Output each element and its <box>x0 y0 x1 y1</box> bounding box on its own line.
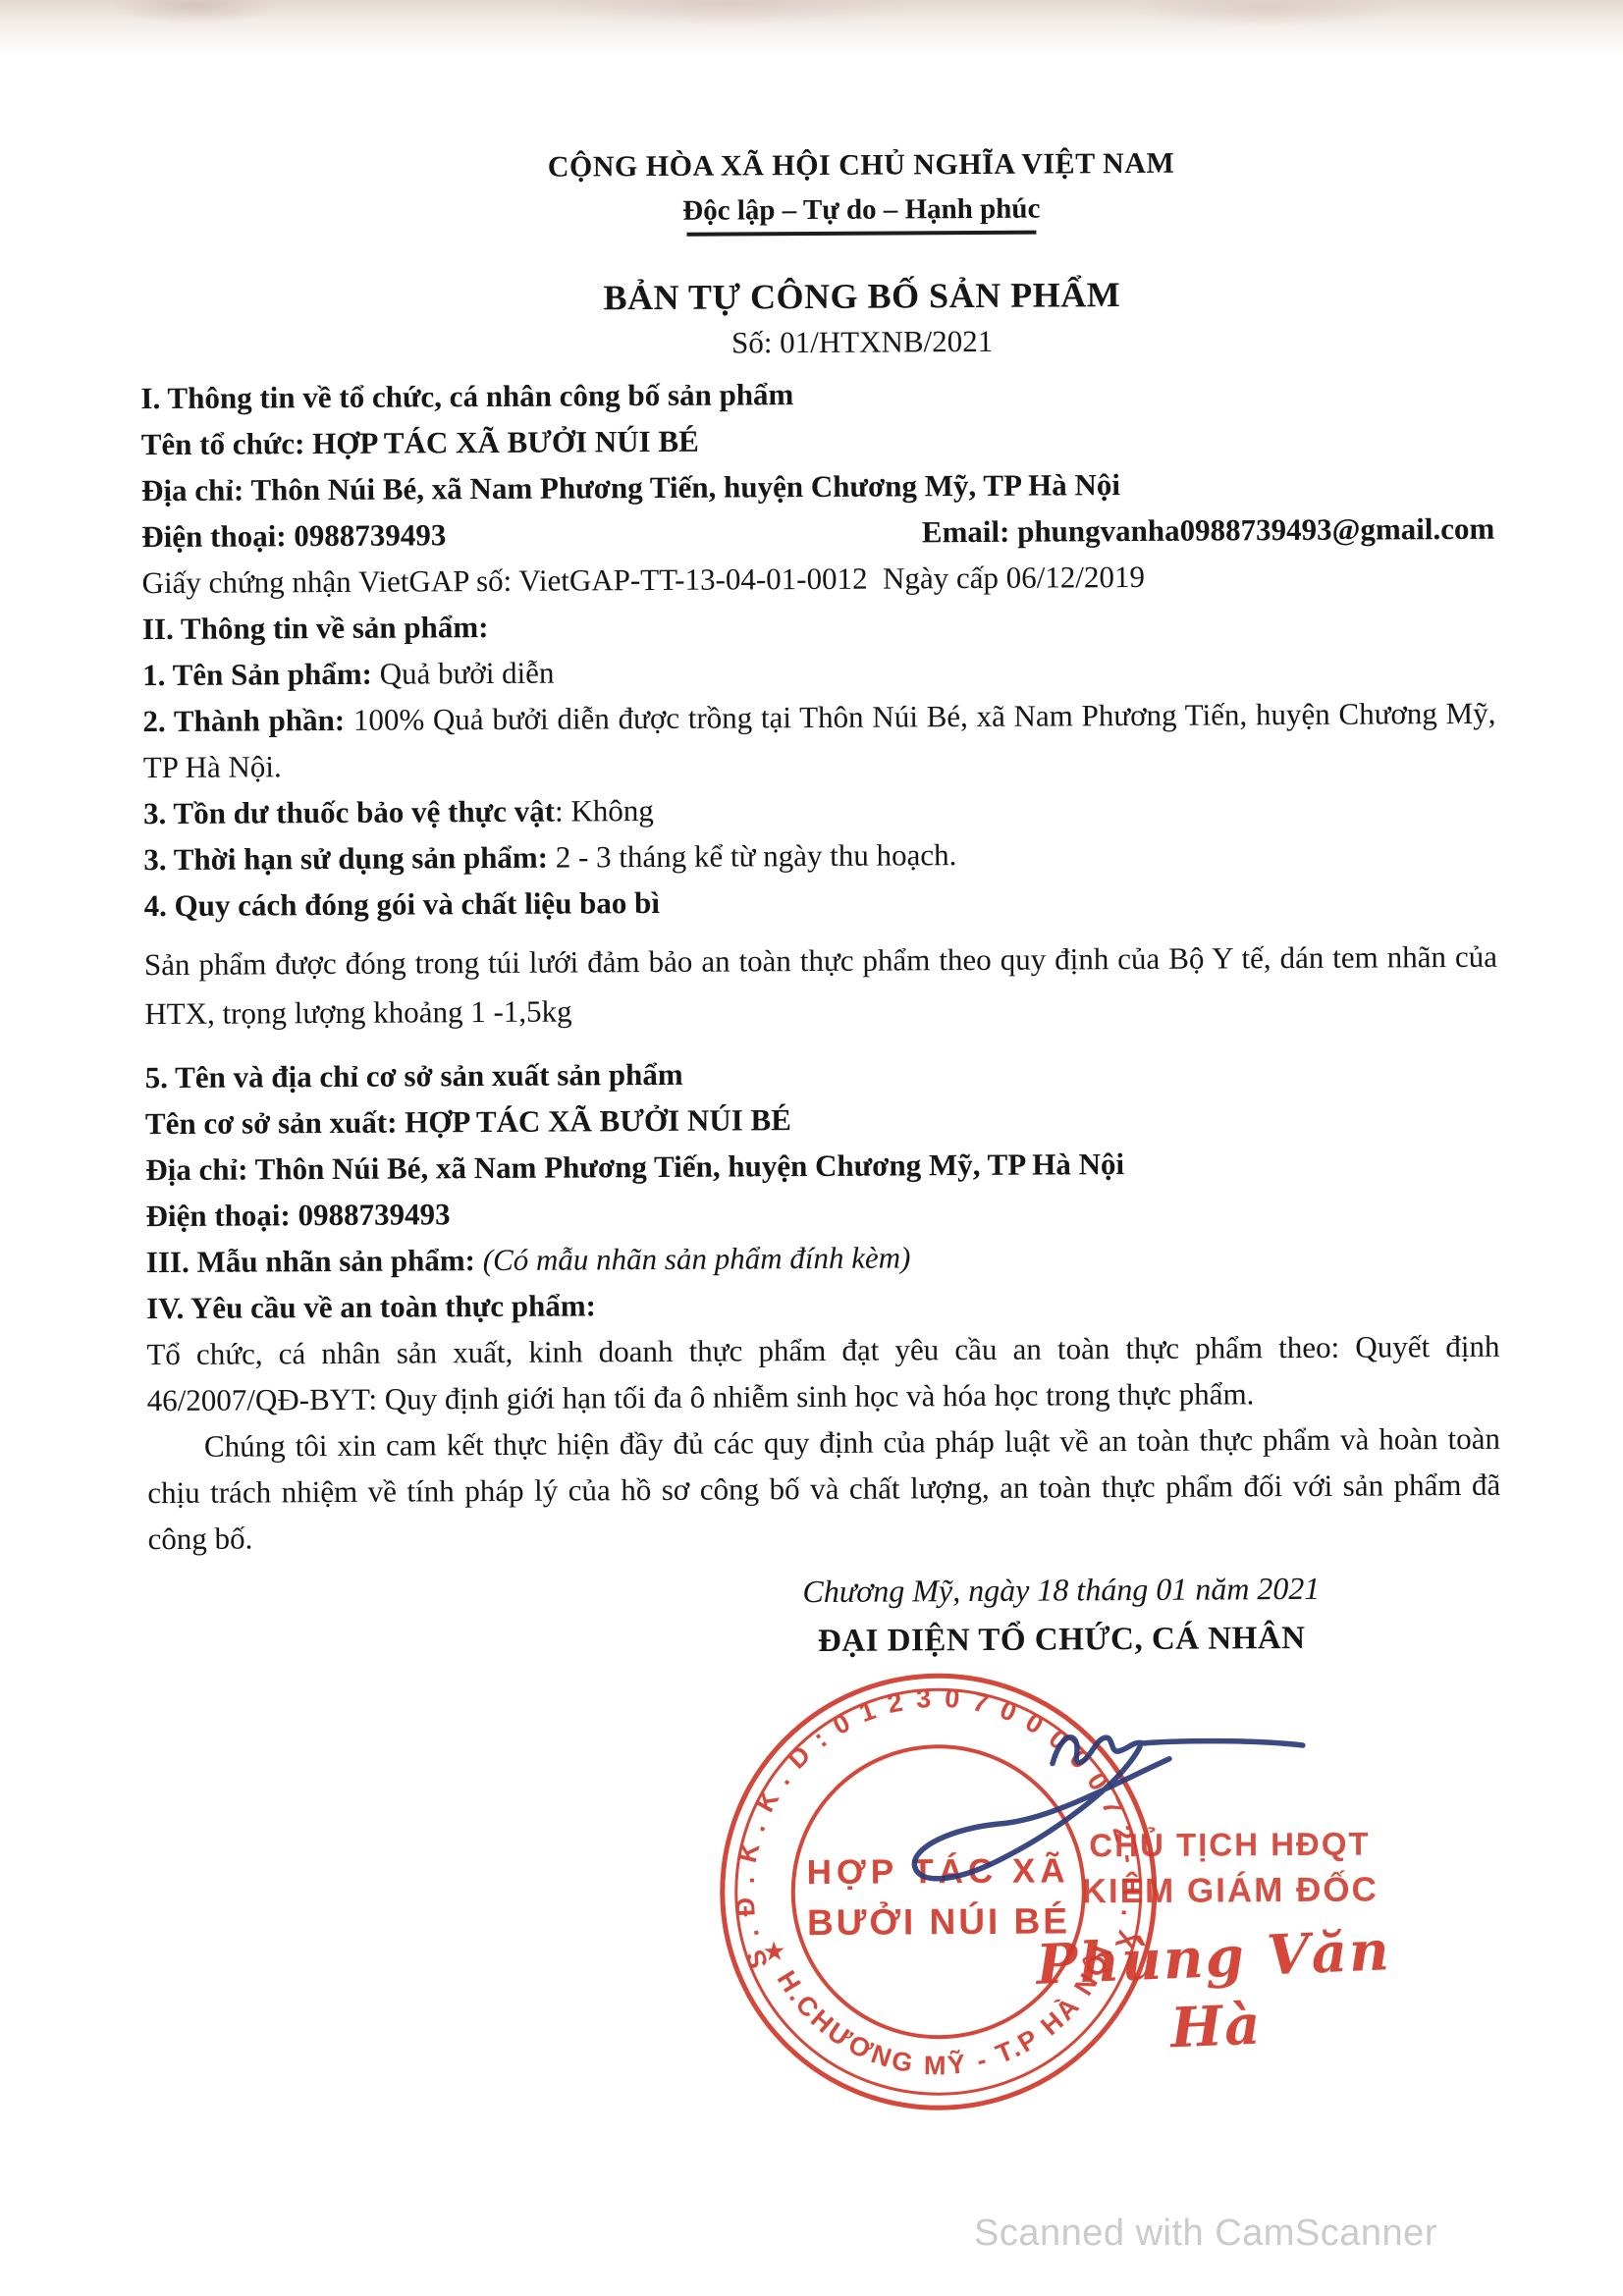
product-name-value: Quả bưởi diễn <box>372 656 555 691</box>
producer-address-line: Địa chỉ: Thôn Núi Bé, xã Nam Phương Tiến… <box>145 1139 1498 1193</box>
section-5-heading: 5. Tên và địa chỉ cơ sở sản xuất sản phẩ… <box>145 1046 1498 1100</box>
safety-body: Tổ chức, cá nhân sản xuất, kinh doanh th… <box>146 1323 1500 1423</box>
label-sample-heading: III. Mẫu nhãn sản phẩm: <box>146 1243 475 1279</box>
signer-title-chairman: CHỦ TỊCH HĐQT <box>1067 1822 1391 1867</box>
org-phone: Điện thoại: 0988739493 <box>141 511 446 560</box>
packaging-heading: 4. Quy cách đóng gói và chất liệu bao bì <box>143 875 1496 929</box>
representative-title: ĐẠI DIỆN TỔ CHỨC, CÁ NHÂN <box>620 1615 1503 1665</box>
product-name-line: 1. Tên Sản phẩm: Quả bưởi diễn <box>142 644 1495 698</box>
scanned-document: CỘNG HÒA XÃ HỘI CHỦ NGHĨA VIỆT NAM Độc l… <box>0 0 1623 2296</box>
document-title: BẢN TỰ CÔNG BỐ SẢN PHẨM <box>186 270 1539 321</box>
document-content: CỘNG HÒA XÃ HỘI CHỦ NGHĨA VIỆT NAM Độc l… <box>139 143 1501 1668</box>
org-email: Email: phungvanha0988739493@gmail.com <box>922 506 1495 556</box>
document-number: Số: 01/HTXNB/2021 <box>186 317 1539 366</box>
signer-title-director: KIÊM GIÁM ĐỐC <box>1068 1865 1392 1916</box>
section-4-heading: IV. Yêu cầu về an toàn thực phẩm: <box>146 1277 1499 1331</box>
label-sample-note: (Có mẫu nhãn sản phẩm đính kèm) <box>475 1240 911 1277</box>
org-name-line: Tên tổ chức: HỢP TÁC XÃ BƯỞI NÚI BÉ <box>141 413 1494 467</box>
residue-label: 3. Tồn dư thuốc bảo vệ thực vật <box>143 794 555 831</box>
shelf-life-line: 3. Thời hạn sử dụng sản phẩm: 2 - 3 thán… <box>143 828 1496 882</box>
motto-underline <box>686 231 1036 237</box>
shelf-life-label: 3. Thời hạn sử dụng sản phẩm: <box>143 840 548 878</box>
org-phone-email-line: Điện thoại: 0988739493 Email: phungvanha… <box>141 506 1494 560</box>
camscanner-watermark: Scanned with CamScanner <box>974 2213 1437 2255</box>
vietgap-line: Giấy chứng nhận VietGAP số: VietGAP-TT-1… <box>141 552 1494 606</box>
packaging-body: Sản phẩm được đóng trong túi lưới đảm bả… <box>144 933 1498 1039</box>
national-title: CỘNG HÒA XÃ HỘI CHỦ NGHĨA VIỆT NAM <box>185 142 1538 187</box>
shelf-life-value: 2 - 3 tháng kể từ ngày thu hoạch. <box>548 837 956 875</box>
producer-phone-line: Điện thoại: 0988739493 <box>145 1185 1498 1239</box>
commitment-paragraph: Chúng tôi xin cam kết thực hiện đầy đủ c… <box>147 1415 1501 1562</box>
product-name-label: 1. Tên Sản phẩm: <box>142 657 372 692</box>
ingredients-value: 100% Quả bưởi diễn được trồng tại Thôn N… <box>143 696 1496 784</box>
section-1-heading: I. Thông tin về tổ chức, cá nhân công bố… <box>140 367 1493 421</box>
residue-line: 3. Tồn dư thuốc bảo vệ thực vật: Không <box>143 782 1496 836</box>
place-and-date: Chương Mỹ, ngày 18 tháng 01 năm 2021 <box>620 1566 1503 1614</box>
document-header: CỘNG HÒA XÃ HỘI CHỦ NGHĨA VIỆT NAM Độc l… <box>185 142 1539 366</box>
label-sample-line: III. Mẫu nhãn sản phẩm: (Có mẫu nhãn sản… <box>146 1231 1499 1285</box>
org-address-line: Địa chỉ: Thôn Núi Bé, xã Nam Phương Tiến… <box>141 459 1494 513</box>
signer-name-stamp: Phùng Văn Hà <box>982 1914 1448 2070</box>
ingredients-line: 2. Thành phần: 100% Quả bưởi diễn được t… <box>142 690 1496 790</box>
residue-value: : Không <box>555 793 654 828</box>
signoff-block: Chương Mỹ, ngày 18 tháng 01 năm 2021 ĐẠI… <box>620 1566 1504 1665</box>
producer-name-line: Tên cơ sở sản xuất: HỢP TÁC XÃ BƯỞI NÚI … <box>145 1093 1498 1147</box>
section-2-heading: II. Thông tin về sản phẩm: <box>142 598 1495 652</box>
ingredients-label: 2. Thành phần: <box>142 703 345 738</box>
signer-titles: CHỦ TỊCH HĐQT KIÊM GIÁM ĐỐC <box>1067 1822 1392 1916</box>
national-motto: Độc lập – Tự do – Hạnh phúc <box>185 186 1538 233</box>
signature-squiggle-stroke <box>1053 1735 1303 1763</box>
